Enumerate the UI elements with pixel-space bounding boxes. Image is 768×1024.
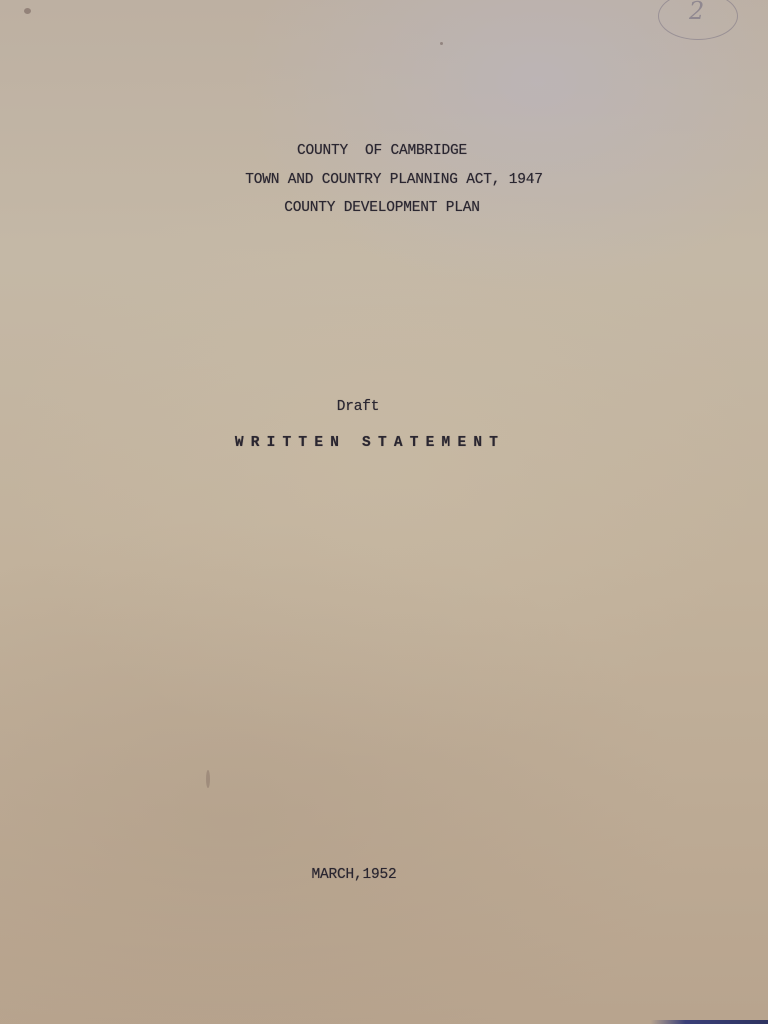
stain-mark	[24, 8, 31, 14]
document-date: MARCH,1952	[0, 867, 738, 883]
heading-county: COUNTY OF CAMBRIDGE	[0, 143, 766, 159]
pencil-page-number: 2	[658, 0, 738, 40]
subtitle-draft: Draft	[0, 399, 742, 415]
desk-edge	[650, 1020, 768, 1024]
heading-plan: COUNTY DEVELOPMENT PLAN	[0, 200, 766, 216]
document-title: WRITTEN STATEMENT	[0, 435, 754, 451]
stain-mark	[440, 42, 443, 45]
stain-mark	[206, 770, 210, 788]
heading-act: TOWN AND COUNTRY PLANNING ACT, 1947	[10, 172, 768, 188]
document-page: 2 COUNTY OF CAMBRIDGE TOWN AND COUNTRY P…	[0, 0, 768, 1024]
